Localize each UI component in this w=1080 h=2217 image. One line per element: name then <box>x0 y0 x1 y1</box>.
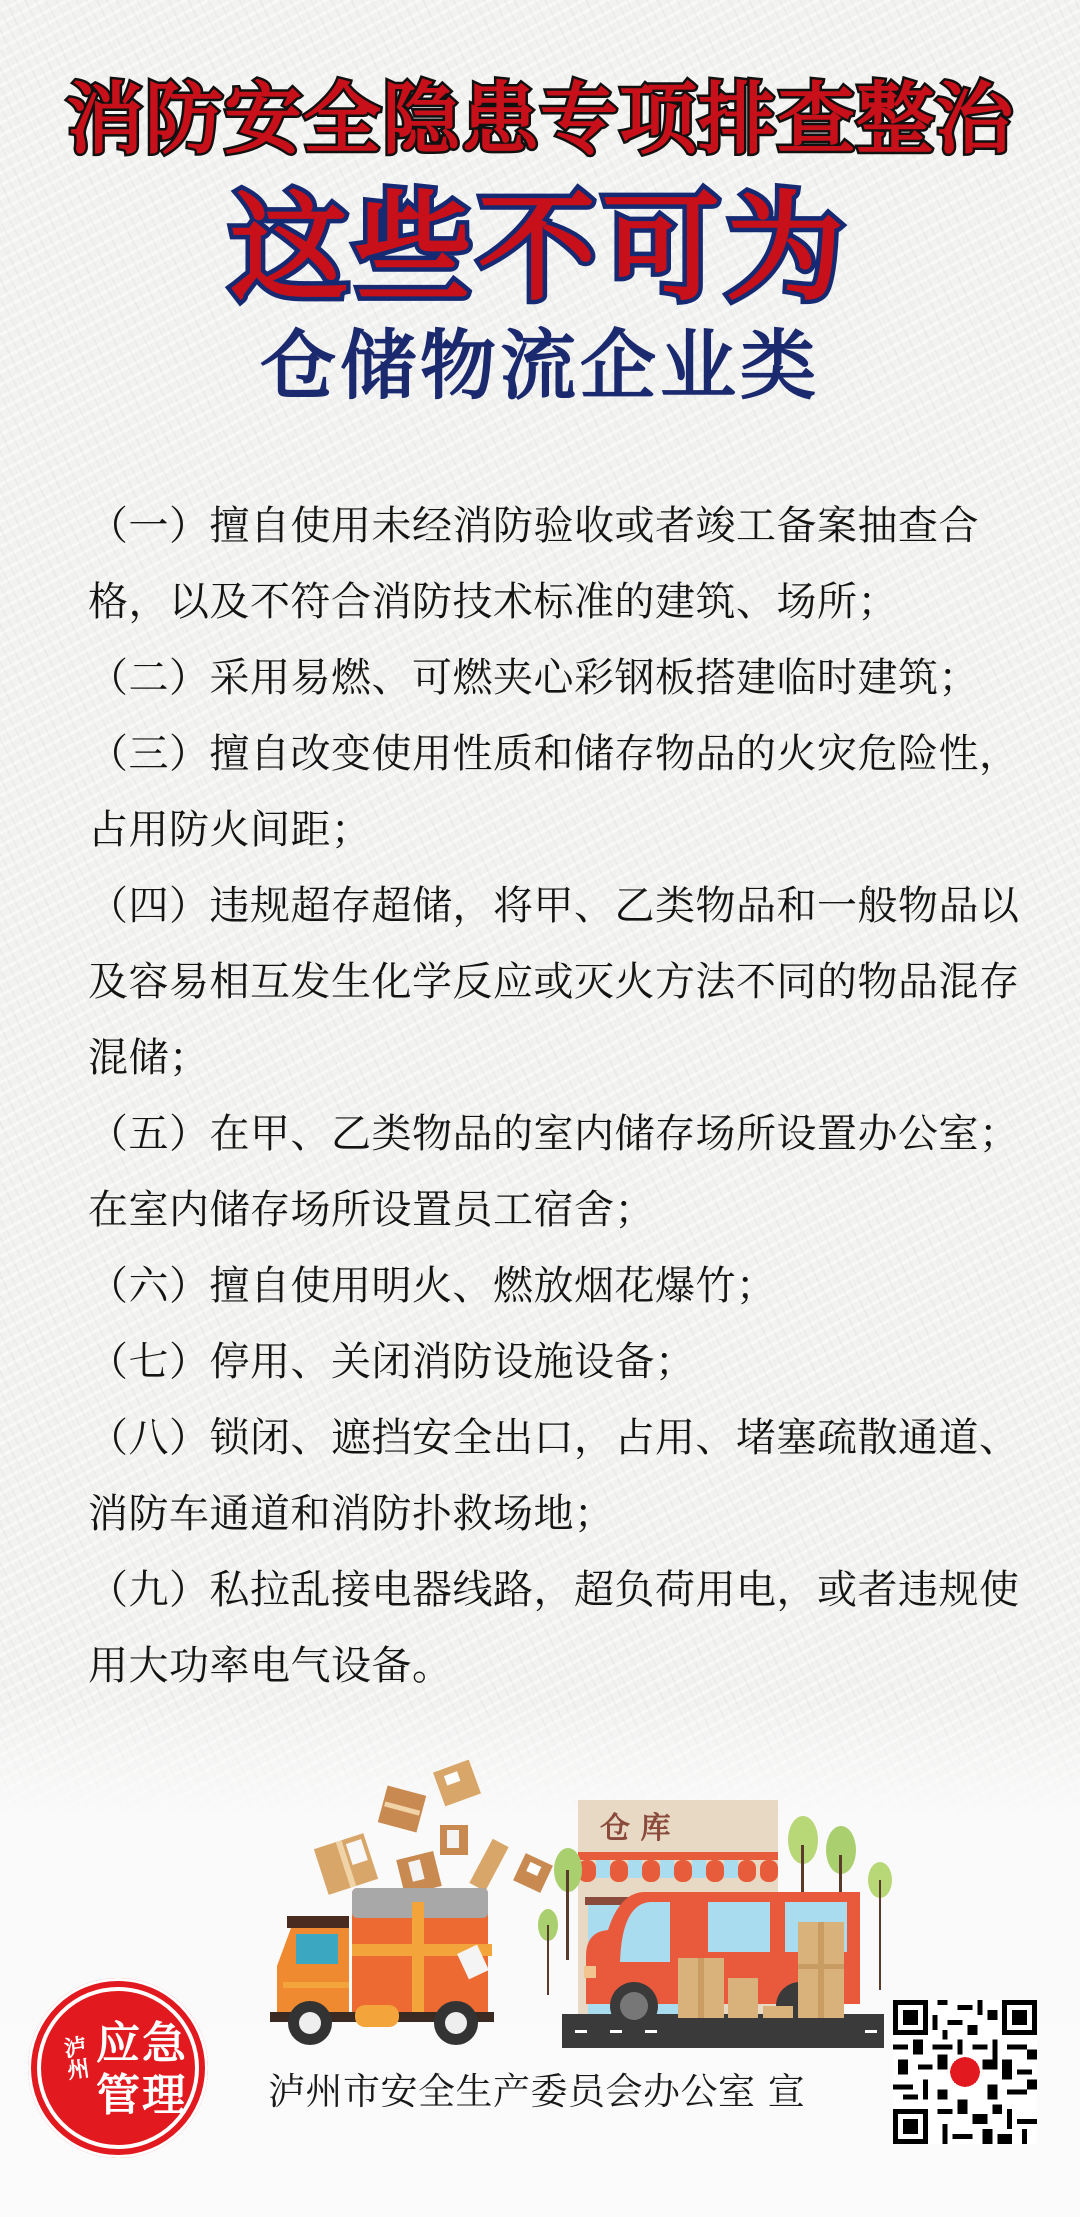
list-item: （四）违规超存超储，将甲、乙类物品和一般物品以及容易相互发生化学反应或灭火方法不… <box>88 868 1020 1096</box>
list-item: （七）停用、关闭消防设施设备； <box>88 1324 1020 1400</box>
qr-code-icon <box>893 2000 1037 2144</box>
parcel-box-icon <box>314 1760 553 1895</box>
poster-title-emphasis: 这些不可为 <box>0 178 1080 318</box>
delivery-truck-icon <box>270 1888 494 2045</box>
list-item: （二）采用易燃、可燃夹心彩钢板搭建临时建筑； <box>88 640 1020 716</box>
road-icon <box>562 2014 884 2048</box>
publisher-credit: 泸州市安全生产委员会办公室 宣 <box>268 2068 805 2116</box>
poster-title-main: 消防安全隐患专项排查整治 <box>0 72 1080 168</box>
emergency-management-logo: 泸州 应急管理 <box>28 1978 208 2158</box>
list-item: （九）私拉乱接电器线路，超负荷用电，或者违规使用大功率电气设备。 <box>88 1552 1020 1704</box>
poster-subtitle-category: 仓储物流企业类 <box>0 318 1080 414</box>
logo-mark: 泸州 <box>55 2034 94 2107</box>
list-item: （五）在甲、乙类物品的室内储存场所设置办公室；在室内储存场所设置员工宿舍； <box>88 1096 1020 1248</box>
list-item: （一）擅自使用未经消防验收或者竣工备案抽查合格，以及不符合消防技术标准的建筑、场… <box>88 488 1020 640</box>
prohibited-items-list: （一）擅自使用未经消防验收或者竣工备案抽查合格，以及不符合消防技术标准的建筑、场… <box>88 488 1020 1704</box>
svg-text:仓 库: 仓 库 <box>600 1811 670 1846</box>
list-item: （六）擅自使用明火、燃放烟花爆竹； <box>88 1248 1020 1324</box>
logo-text: 应急管理 <box>96 2018 192 2122</box>
list-item: （三）擅自改变使用性质和储存物品的火灾危险性，占用防火间距； <box>88 716 1020 868</box>
list-item: （八）锁闭、遮挡安全出口，占用、堵塞疏散通道、消防车通道和消防扑救场地； <box>88 1400 1020 1552</box>
